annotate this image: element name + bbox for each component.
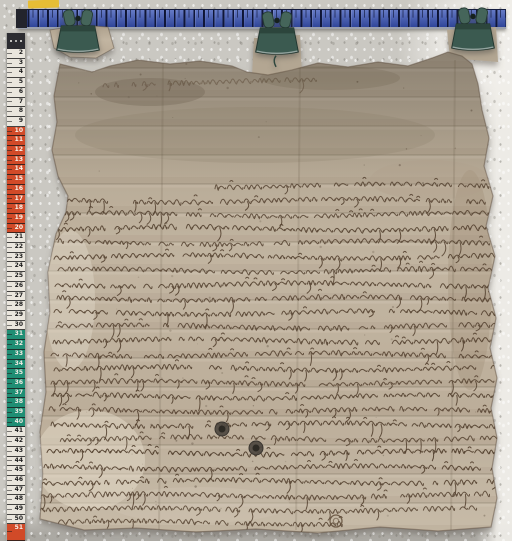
ruler-cm-49: 49 [7,505,25,515]
speck [406,148,407,149]
ruler-scale: 2345678910111213141516171819202122232425… [7,49,25,541]
ruler-cm-7: 7 [7,98,25,108]
bulldog-clip-right [447,4,499,70]
speck [267,345,269,347]
speck [226,87,228,89]
speck [339,197,340,198]
ruler-cm-4: 4 [7,68,25,78]
ruler-cm-14: 14 [7,165,25,175]
speck [169,330,171,332]
bulldog-clip-left [52,6,104,72]
ruler-cm-22: 22 [7,243,25,253]
speck [155,504,157,506]
speck [403,87,404,88]
ruler-cm-13: 13 [7,156,25,166]
ruler-cm-38: 38 [7,398,25,408]
speck [182,377,183,378]
ruler-cm-37: 37 [7,389,25,399]
speck [116,308,117,309]
stain [75,107,435,163]
ruler-cm-35: 35 [7,369,25,379]
ruler-cm-10: 10 [7,127,25,137]
speck [259,220,261,222]
ruler-cm-40: 40 [7,418,25,428]
speck [86,412,87,413]
ruler-cm-41: 41 [7,427,25,437]
ruler-cm-33: 33 [7,350,25,360]
ruler-cm-26: 26 [7,282,25,292]
speck [253,405,254,406]
ruler-cm-8: 8 [7,107,25,117]
speck [78,82,79,83]
speck [156,95,157,96]
ruler-cm-24: 24 [7,262,25,272]
manuscript-photograph: 2345678910111213141516171819202122232425… [0,0,512,541]
ruler-cm-42: 42 [7,437,25,447]
ruler-cm-36: 36 [7,379,25,389]
speck [484,515,486,517]
ruler-cm-16: 16 [7,185,25,195]
speck [266,121,267,122]
ruler-cm-20: 20 [7,224,25,234]
speck [171,275,173,277]
seal-center [219,426,226,433]
ruler-cm-15: 15 [7,175,25,185]
speck [45,154,46,155]
ruler-cm-18: 18 [7,204,25,214]
speck [363,164,365,166]
speck [142,470,143,471]
ruler-cm-25: 25 [7,272,25,282]
speck [205,405,207,407]
stain [95,78,205,106]
manuscript-page [0,0,512,541]
speck [138,277,140,279]
ruler-cm-17: 17 [7,195,25,205]
speck [132,488,133,489]
speck [252,461,254,463]
speck [161,378,162,379]
stain [370,160,490,200]
speck [392,306,394,308]
vertical-ruler: 2345678910111213141516171819202122232425… [6,33,25,541]
speck [496,249,497,250]
speck [221,372,223,374]
speck [197,344,198,345]
speck [175,440,177,442]
speck [475,411,476,412]
speck [142,464,143,465]
speck [376,417,377,418]
speck [258,136,260,138]
ruler-cm-47: 47 [7,486,25,496]
ruler-cm-3: 3 [7,59,25,69]
ruler-cm-45: 45 [7,466,25,476]
stain [110,487,290,523]
speck [128,96,130,98]
ruler-cm-48: 48 [7,495,25,505]
speck [357,81,359,83]
speck [131,453,132,454]
speck [285,461,286,462]
speck [391,338,393,340]
ruler-cm-32: 32 [7,340,25,350]
ruler-cm-31: 31 [7,330,25,340]
speck [499,394,500,395]
ruler-cm-39: 39 [7,408,25,418]
ruler-cm-19: 19 [7,214,25,224]
speck [220,508,221,509]
ruler-cm-5: 5 [7,78,25,88]
ruler-cm-2: 2 [7,49,25,59]
ruler-cm-46: 46 [7,476,25,486]
ruler-cm-6: 6 [7,88,25,98]
speck [155,501,156,502]
speck [194,485,196,487]
ruler-cm-12: 12 [7,146,25,156]
ruler-cm-51: 51 [7,524,25,541]
ruler-cm-28: 28 [7,301,25,311]
ruler-cm-23: 23 [7,253,25,263]
speck [471,110,473,112]
speck [191,442,193,444]
ruler-cm-43: 43 [7,447,25,457]
speck [383,455,384,456]
ruler-cm-50: 50 [7,515,25,525]
speck [319,246,321,248]
ruler-scale-header [7,33,25,49]
speck [372,251,374,253]
ruler-cm-9: 9 [7,117,25,127]
speck [422,182,424,184]
ruler-cm-11: 11 [7,136,25,146]
seal-center [253,445,260,452]
speck [364,334,365,335]
speck [185,63,187,65]
speck [399,164,401,166]
ruler-cm-27: 27 [7,292,25,302]
speck [99,170,100,171]
ruler-cm-34: 34 [7,360,25,370]
bulldog-clip-center [251,8,303,74]
speck [387,515,389,517]
speck [209,297,211,299]
ruler-cm-30: 30 [7,321,25,331]
ruler-cm-21: 21 [7,233,25,243]
speck [140,74,142,76]
speck [420,135,421,136]
ruler-cm-29: 29 [7,311,25,321]
speck [130,491,131,492]
speck [90,93,92,95]
ruler-cm-44: 44 [7,457,25,467]
speck [185,78,186,79]
speck [454,148,456,150]
speck [172,117,173,118]
